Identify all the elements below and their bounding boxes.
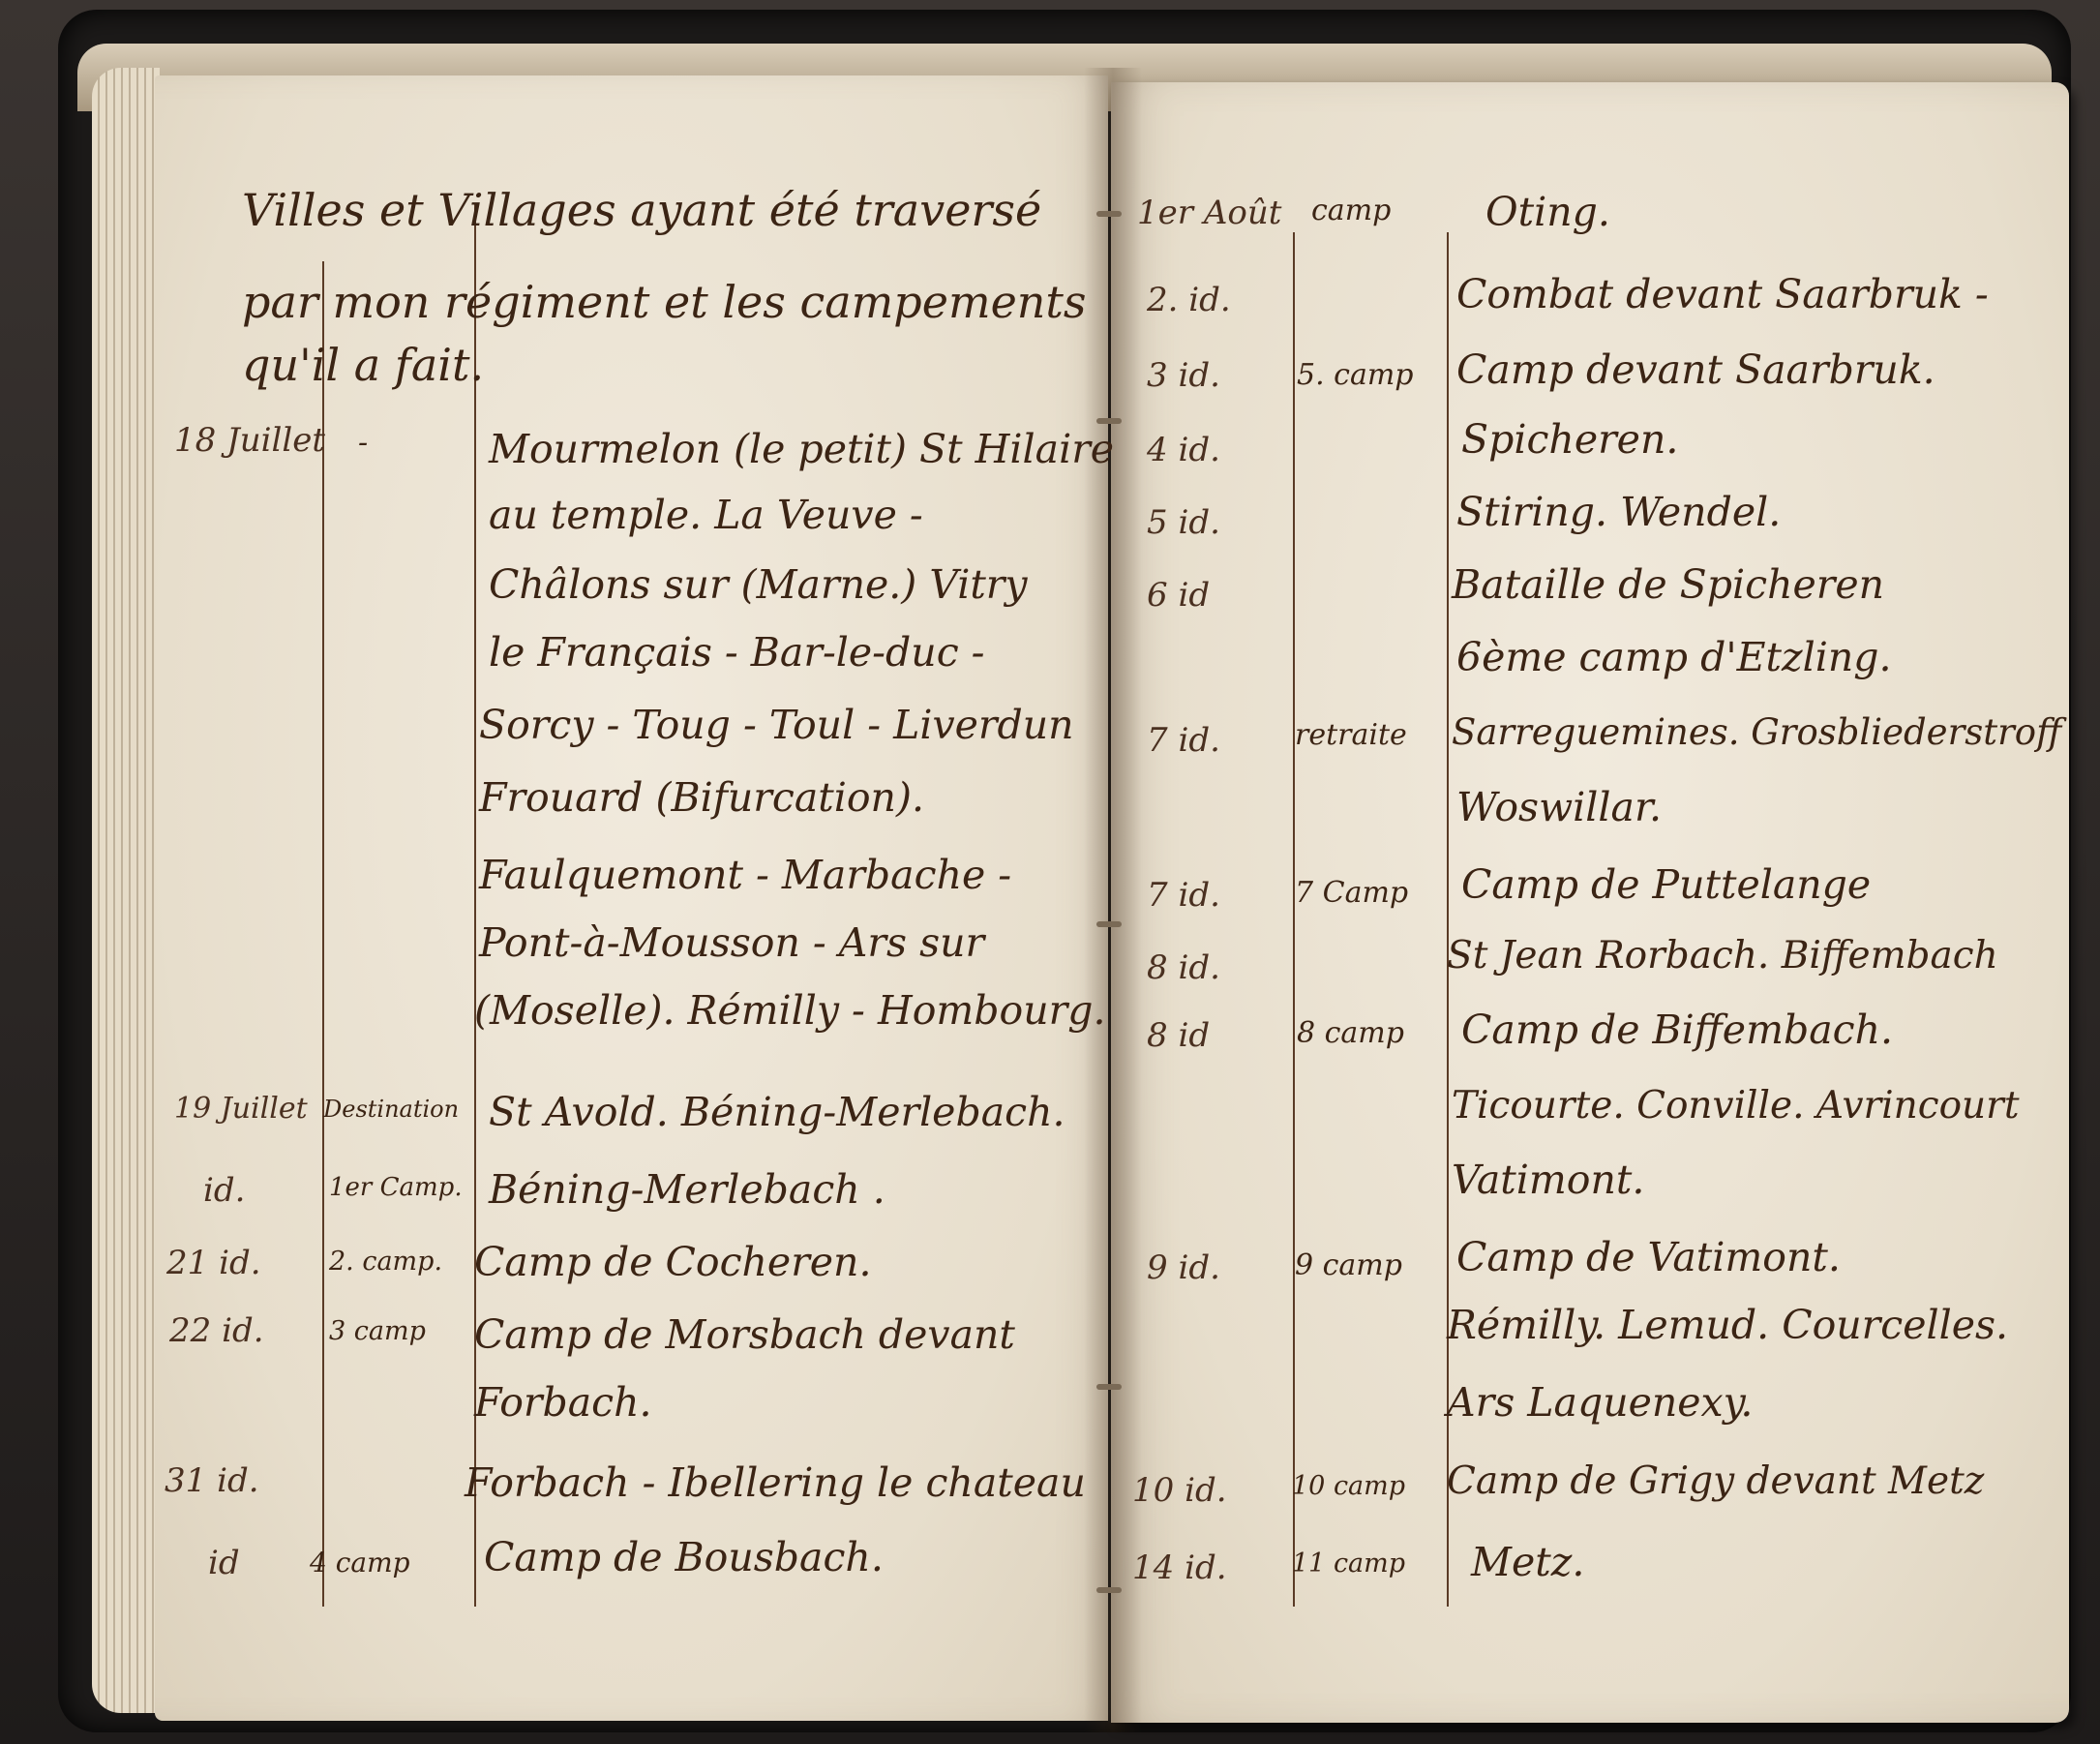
entry-line: au temple. La Veuve - bbox=[489, 492, 923, 538]
entry-line: Ars Laquenexy. bbox=[1447, 1379, 1753, 1426]
entry-line: Camp de Morsbach devant bbox=[474, 1311, 1015, 1358]
entry-line: Camp devant Saarbruk. bbox=[1456, 346, 1935, 393]
entry-date: 19 Juillet bbox=[174, 1092, 308, 1126]
entry-date: 7 id. bbox=[1147, 876, 1220, 915]
binding-stitch bbox=[1096, 211, 1122, 217]
entry-date: 8 id bbox=[1147, 1016, 1210, 1055]
entry-line: Béning-Merlebach . bbox=[489, 1166, 885, 1213]
entry-note: 9 camp bbox=[1295, 1248, 1402, 1282]
column-rule bbox=[322, 261, 324, 1607]
entry-line: Camp de Grigy devant Metz bbox=[1447, 1459, 1984, 1503]
entry-note: 8 camp bbox=[1297, 1016, 1404, 1050]
entry-date: 5 id. bbox=[1147, 503, 1220, 542]
entry-note: 3 camp bbox=[329, 1316, 426, 1346]
entry-line: le Français - Bar-le-duc - bbox=[489, 629, 985, 676]
entry-line: Stiring. Wendel. bbox=[1456, 489, 1781, 535]
entry-line: Camp de Biffembach. bbox=[1461, 1007, 1893, 1053]
entry-date: 1er Août bbox=[1137, 194, 1281, 232]
entry-line: Vatimont. bbox=[1452, 1157, 1644, 1203]
heading-line: qu'il a fait. bbox=[242, 339, 484, 391]
entry-note: 11 camp bbox=[1292, 1549, 1405, 1579]
entry-line: Sorcy - Toug - Toul - Liverdun bbox=[479, 702, 1074, 748]
entry-note: camp bbox=[1311, 194, 1391, 227]
entry-line: St Avold. Béning-Merlebach. bbox=[489, 1089, 1065, 1135]
entry-date: 22 id. bbox=[169, 1311, 264, 1350]
binding-stitch bbox=[1096, 921, 1122, 927]
entry-line: Camp de Cocheren. bbox=[474, 1239, 872, 1285]
entry-line: Rémilly. Lemud. Courcelles. bbox=[1447, 1302, 2008, 1348]
binding-stitch bbox=[1096, 1587, 1122, 1593]
entry-line: Bataille de Spicheren bbox=[1452, 561, 1884, 608]
entry-line: Forbach. bbox=[474, 1379, 652, 1426]
entry-note: 7 Camp bbox=[1295, 876, 1408, 910]
entry-line: Oting. bbox=[1485, 189, 1610, 235]
entry-date: 6 id bbox=[1147, 576, 1210, 615]
entry-note: Destination bbox=[323, 1096, 459, 1123]
entry-line: Combat devant Saarbruk - bbox=[1456, 271, 1989, 317]
binding-stitch bbox=[1096, 1384, 1122, 1390]
entry-line: Camp de Vatimont. bbox=[1456, 1234, 1841, 1280]
entry-date: 21 id. bbox=[166, 1244, 261, 1282]
entry-date: 10 id. bbox=[1132, 1471, 1227, 1510]
entry-note: 10 camp bbox=[1292, 1471, 1405, 1501]
entry-note: 4 camp bbox=[310, 1547, 410, 1579]
entry-date: id bbox=[208, 1544, 240, 1582]
entry-line: St Jean Rorbach. Biffembach bbox=[1447, 934, 1998, 977]
entry-line: Camp de Puttelange bbox=[1461, 861, 1871, 908]
entry-note: 5. camp bbox=[1297, 358, 1414, 392]
entry-date: 7 id. bbox=[1147, 721, 1220, 760]
entry-date: 18 Juillet bbox=[174, 421, 325, 460]
entry-date: id. bbox=[203, 1171, 245, 1210]
entry-line: Mourmelon (le petit) St Hilaire bbox=[489, 426, 1114, 472]
entry-note: - bbox=[358, 426, 368, 460]
entry-date: 8 id. bbox=[1147, 948, 1220, 987]
column-rule bbox=[1293, 232, 1295, 1607]
entry-note: 1er Camp. bbox=[329, 1173, 463, 1202]
entry-line: Faulquemont - Marbache - bbox=[479, 852, 1011, 898]
entry-line: Spicheren. bbox=[1461, 416, 1678, 463]
entry-line: 6ème camp d'Etzling. bbox=[1456, 634, 1892, 680]
entry-date: 9 id. bbox=[1147, 1248, 1220, 1287]
binding-stitch bbox=[1096, 418, 1122, 424]
entry-date: 31 id. bbox=[165, 1461, 259, 1500]
entry-line: Pont-à-Mousson - Ars sur bbox=[479, 919, 984, 966]
entry-line: Forbach - Ibellering le chateau bbox=[465, 1459, 1086, 1506]
entry-line: Metz. bbox=[1471, 1539, 1584, 1585]
entry-line: Camp de Bousbach. bbox=[484, 1534, 884, 1580]
entry-date: 2. id. bbox=[1147, 281, 1231, 319]
heading-line: Villes et Villages ayant été traversé bbox=[242, 184, 1041, 236]
entry-line: Châlons sur (Marne.) Vitry bbox=[489, 561, 1028, 608]
entry-date: 3 id. bbox=[1147, 356, 1220, 395]
entry-line: Frouard (Bifurcation). bbox=[479, 774, 924, 821]
entry-line: Ticourte. Conville. Avrincourt bbox=[1452, 1084, 2020, 1128]
entry-date: 14 id. bbox=[1132, 1549, 1227, 1587]
entry-line: (Moselle). Rémilly - Hombourg. bbox=[474, 987, 1105, 1034]
entry-line: Sarreguemines. Grosbliederstroff bbox=[1452, 711, 2061, 753]
heading-line: par mon régiment et les campements bbox=[242, 276, 1087, 328]
entry-note: retraite bbox=[1295, 718, 1407, 752]
page-stack-left bbox=[92, 68, 160, 1713]
entry-note: 2. camp. bbox=[329, 1247, 442, 1277]
entry-line: Woswillar. bbox=[1456, 784, 1662, 830]
entry-date: 4 id. bbox=[1147, 431, 1220, 469]
